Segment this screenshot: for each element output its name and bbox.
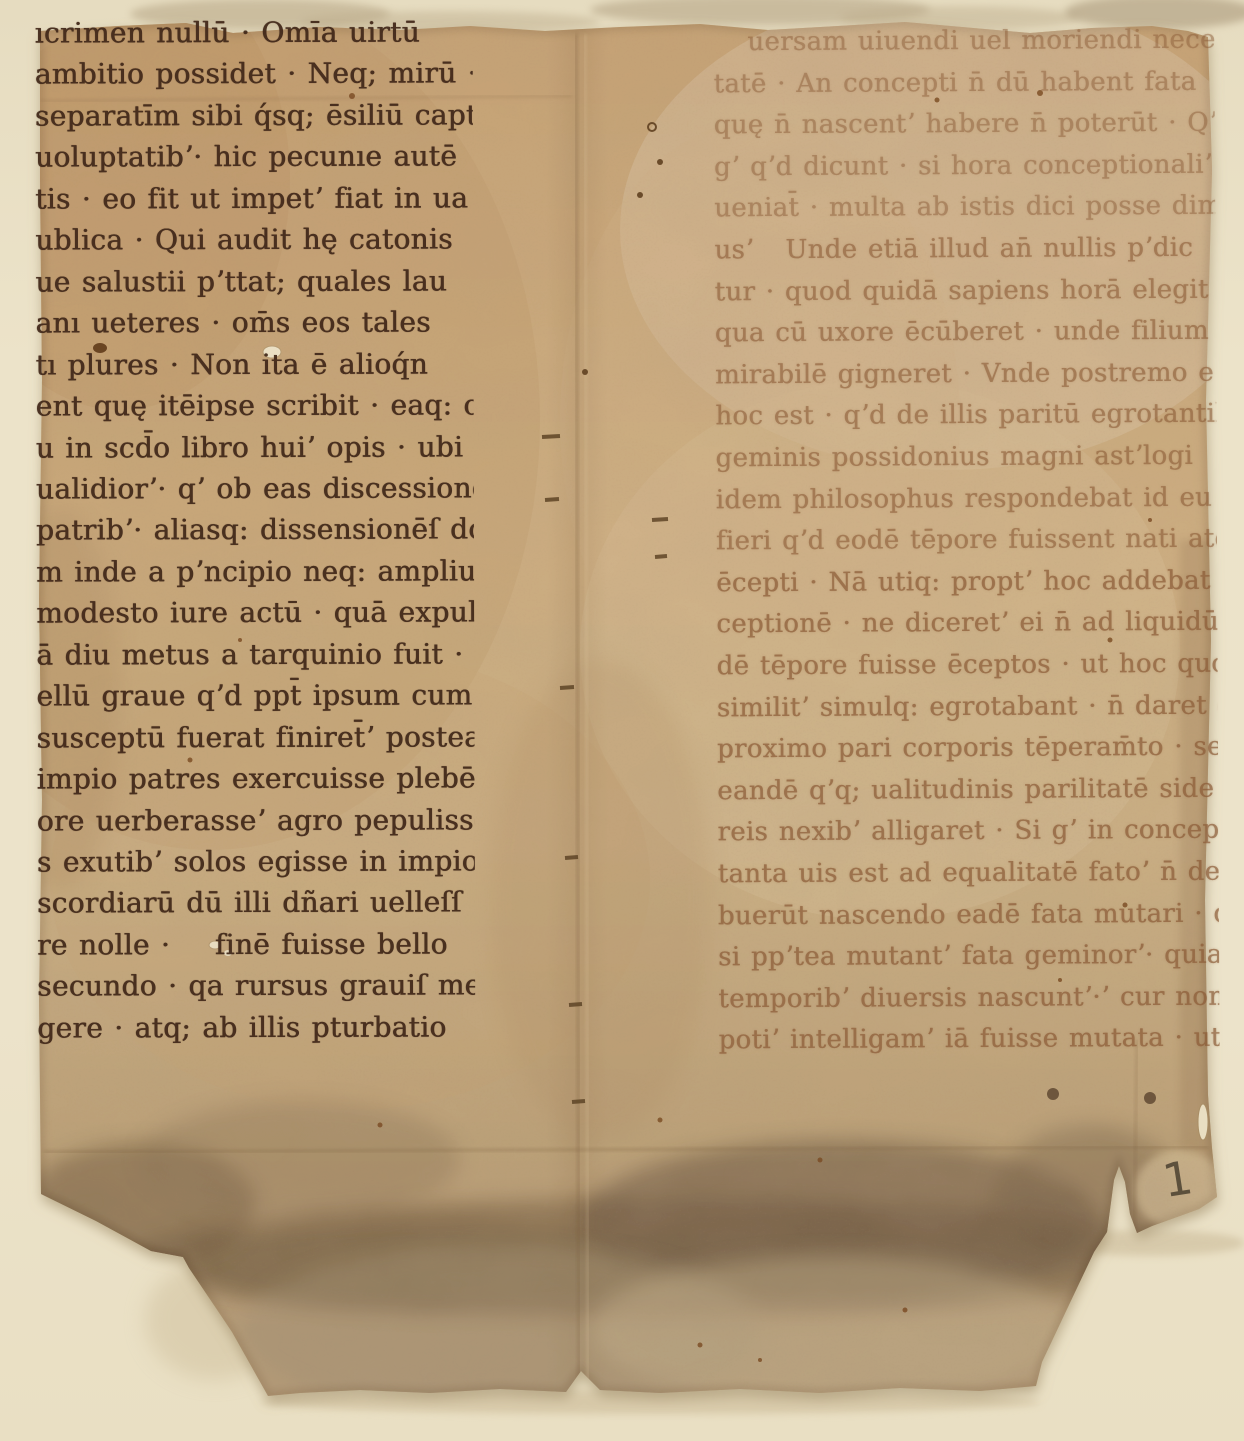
text-line: potiʼ intelligamʼ iā fuisse mutata · ut: [718, 1023, 1219, 1066]
text-line: ıcrimen nullū · Omīa uirtū: [35, 16, 420, 57]
manuscript-photo: ıcrimen nullū · Omīa uirtūambitio possid…: [0, 0, 1244, 1441]
text-line: tatē · An concepti n̄ dū habent fata: [713, 66, 1196, 109]
text-line: separatīm sibi q́sq; ēsiliū captūſ ·: [35, 98, 476, 139]
text-line: ellū graue qʼd ppt̄ ipsum cum: [36, 679, 472, 720]
text-line: buerūt nascendo eadē fata mutari · di: [718, 898, 1220, 941]
text-line: dē tēpore fuisse ēceptos · ut hoc quod: [717, 649, 1220, 692]
text-line: ceptionē · ne diceretʼ ei n̄ ad liquidū: [716, 607, 1219, 650]
text-line: s exutibʼ solos egisse in impioʼ: [37, 844, 476, 885]
text-line: tis · eo fit ut impetʼ fiat in ua: [35, 181, 468, 222]
text-line: idem philosophus respondebat id eu: [716, 482, 1213, 525]
text-line: ualidiorʼ· qʼ ob eas discessionem: [36, 471, 476, 512]
text-line: susceptū fuerat finiret̄ʼ postea: [36, 720, 475, 761]
text-line: ueniat̄ · multa ab istis dici posse dim: [714, 191, 1220, 234]
text-line: gʼ qʼd dicunt · si hora conceptionaliʼ i…: [714, 149, 1220, 192]
text-line: re nolle · finē fuisse bello: [37, 927, 448, 968]
text-line: si ppʼtea mutantʼ fata geminorʼ· quia: [718, 940, 1220, 983]
text-line: tı plures · Non ita ē alioq́n: [35, 347, 428, 388]
text-line: modesto iure actū · quā expulsis: [36, 596, 475, 637]
text-line: ue salustii pʼttat; quales lau: [35, 264, 447, 305]
text-line: ā diu metus a tarquinio fuit ·: [36, 637, 463, 678]
text-line: qua cū uxore ēcūberet · unde filium: [715, 316, 1209, 359]
text-line: patribʼ· aliasq: dissensionēſ domi: [36, 513, 475, 554]
text-line: u in scd̄o libro huiʼ opis · ubi dicit: [36, 430, 476, 471]
text-line: quę n̄ nascentʼ habere n̄ poterūt · Qʼo: [714, 108, 1220, 151]
text-line: usʼ Unde etiā illud an̄ nullis pʼdic: [714, 233, 1193, 276]
text-line: proximo pari corporis tēperam̄to · sed: [717, 732, 1220, 775]
text-line: similitʼ simulq: egrotabant · n̄ daret d…: [717, 690, 1220, 733]
text-line: uersam uiuendi uel moriendi nece: [713, 25, 1215, 68]
text-line: geminis possidonius magni astʼlogi: [715, 441, 1193, 483]
text-column-left: ıcrimen nullū · Omīa uirtūambitio possid…: [35, 15, 476, 1076]
text-line: ublica · Qui audit hę catonis: [35, 223, 453, 264]
text-line: impio patres exercuisse plebēʼ: [37, 761, 476, 802]
text-line: tanta uis est ad equalitatē fatoʼ n̄ de: [718, 857, 1220, 900]
text-column-right: uersam uiuendi uel moriendi necetatē · A…: [713, 25, 1220, 1084]
text-line: mirabilē gigneret · Vnde postremo e: [715, 357, 1214, 400]
text-line: reis nexibʼ alligaret · Si gʼ in concept…: [717, 815, 1219, 858]
text-line: tur · quod quidā sapiens horā elegit: [715, 274, 1209, 317]
text-line: uoluptatibʼ· hic pecunıe autē: [35, 140, 457, 181]
text-line: ore uerberasseʼ agro pepulisseʼ: [37, 803, 476, 844]
text-line: eandē qʼq; ualitudinis parilitatē side: [717, 774, 1214, 817]
text-line: ēcepti · Nā utiq: proptʼ hoc addebat ē: [716, 565, 1220, 608]
text-line: gere · atq; ab illis pturbatio: [37, 1010, 446, 1051]
text-line: fieri qʼd eodē tēpore fuissent nati atqʼ: [716, 524, 1220, 567]
text-line: scordiarū dū illi dñari uelleſſ ·: [37, 886, 475, 927]
text-line: secundo · qa rursus grauiſ metʼ: [37, 969, 475, 1010]
text-line: temporibʼ diuersis nascuntʼ·ʼ cur non: [718, 981, 1220, 1024]
text-line: ent quę itēipse scribit · eaq: cō: [36, 388, 476, 429]
text-line: m inde a pʼncipio neq: amplius: [36, 554, 475, 595]
text-line: anı ueteres · om̄s eos tales: [35, 306, 430, 347]
text-line: hoc est · qʼd de illis paritū egrotantib…: [715, 399, 1220, 442]
text-line: ambitio possidet · Neq; mirū ·: [35, 57, 476, 98]
